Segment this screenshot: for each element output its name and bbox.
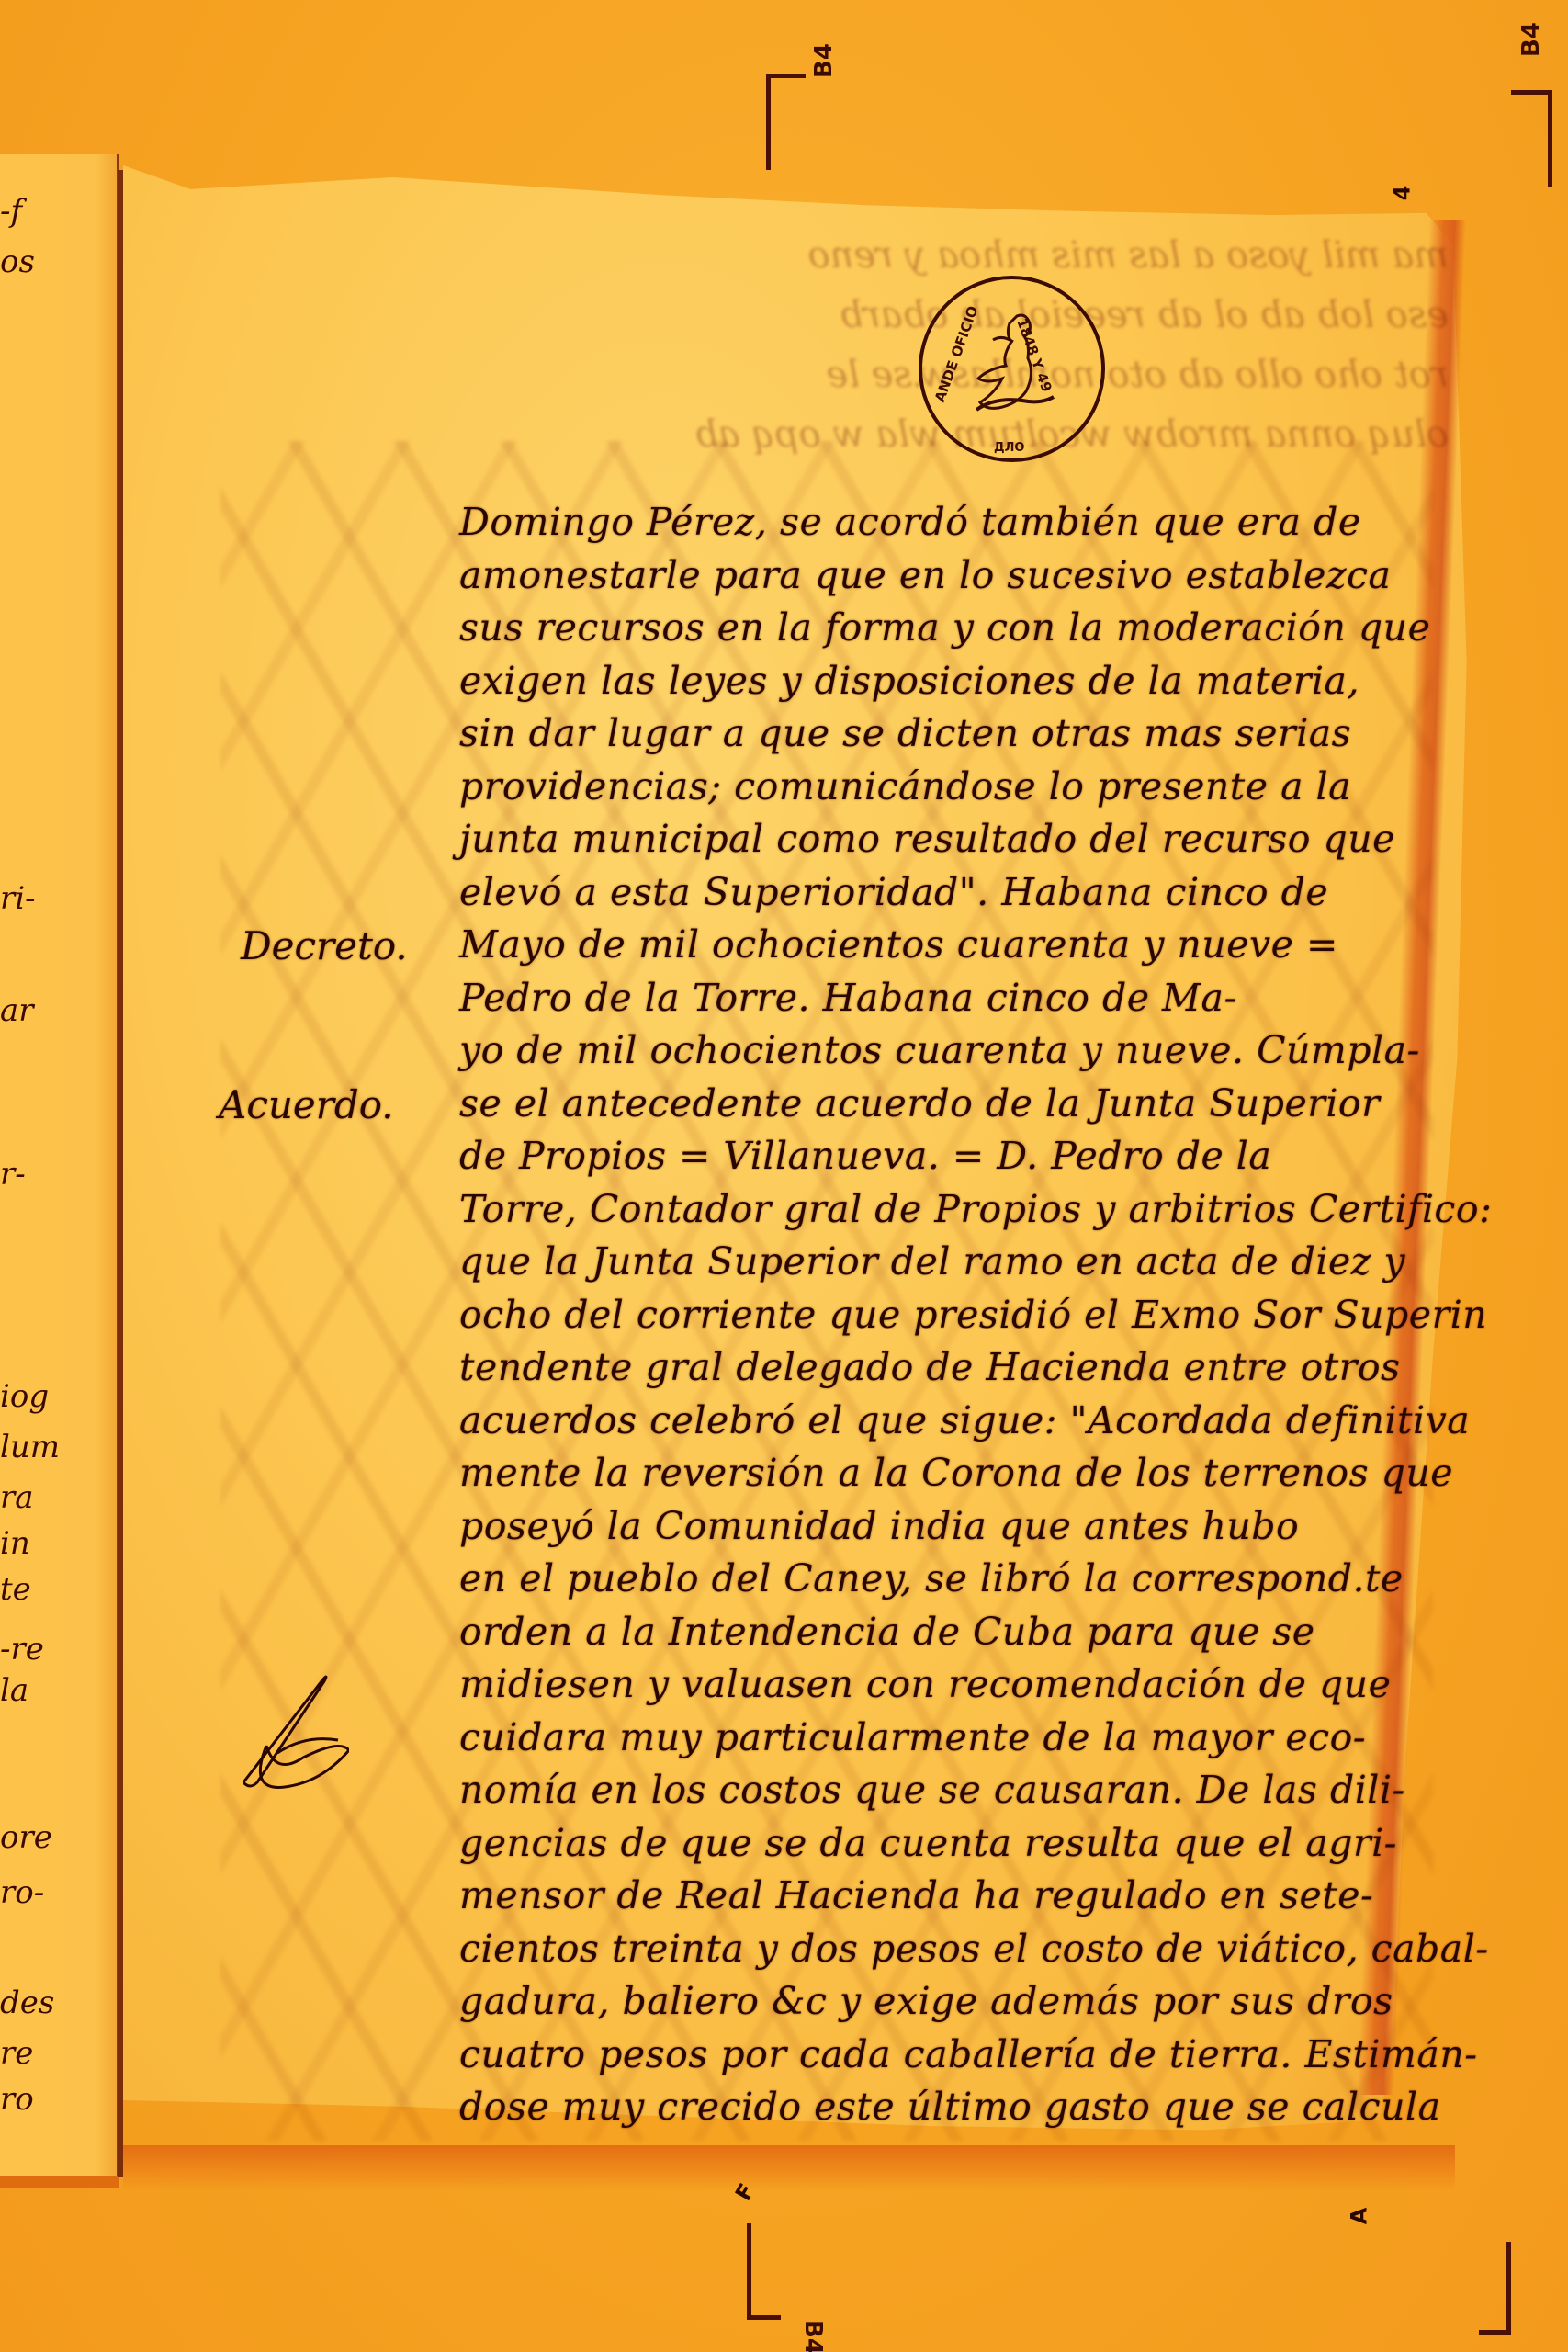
text-line: cuatro pesos por cada caballería de tier… (459, 2029, 1451, 2082)
left-fragment: -re (0, 1631, 44, 1668)
text-line: nomía en los costos que se causaran. De … (459, 1764, 1451, 1817)
text-line: elevó a esta Superioridad". Habana cinco… (459, 866, 1451, 920)
left-fragment: os (0, 243, 35, 280)
left-fragment: ar (0, 992, 34, 1029)
left-fragment: in (0, 1525, 30, 1562)
ghost-line: ma mil yoso a las mis mhoa y reno (193, 234, 1449, 277)
official-seal-stamp: ANDE OFICIO 1848 Y 49 ДЛО (919, 276, 1105, 462)
text-line: cuidara muy particularmente de la mayor … (459, 1712, 1451, 1765)
registration-mark-top-right (1511, 90, 1552, 187)
registration-label-top-left: B4 (810, 43, 838, 78)
left-fragment: des (0, 1984, 54, 2021)
text-line: yo de mil ochocientos cuarenta y nueve. … (459, 1024, 1451, 1078)
text-line: Pedro de la Torre. Habana cinco de Ma- (459, 972, 1451, 1025)
left-fragment: lum (0, 1429, 60, 1465)
page-gutter (118, 170, 123, 2177)
text-line: de Propios = Villanueva. = D. Pedro de l… (459, 1130, 1451, 1183)
signature-rubric-icon (211, 1645, 349, 1801)
margin-note-acuerdo: Acuerdo. (219, 1082, 394, 1127)
ghost-line: rot oho ollo ab oto nomllasw.se le (193, 354, 1449, 396)
text-line: dose muy crecido este último gasto que s… (459, 2081, 1451, 2134)
text-line: tendente gral delegado de Hacienda entre… (459, 1341, 1451, 1395)
text-line: mensor de Real Hacienda ha regulado en s… (459, 1870, 1451, 1923)
seal-text-bottom: ДЛО (994, 441, 1024, 455)
margin-note-decreto: Decreto. (241, 923, 408, 968)
text-line: midiesen y valuasen con recomendación de… (459, 1658, 1451, 1712)
text-line: cientos treinta y dos pesos el costo de … (459, 1923, 1451, 1976)
text-line: mente la reversión a la Corona de los te… (459, 1447, 1451, 1500)
left-fragment: r- (0, 1156, 26, 1193)
text-line: poseyó la Comunidad india que antes hubo (459, 1500, 1451, 1554)
text-line: que la Junta Superior del ramo en acta d… (459, 1236, 1451, 1289)
text-line: sus recursos en la forma y con la modera… (459, 602, 1451, 655)
text-line: sin dar lugar a que se dicten otras mas … (459, 707, 1451, 761)
ghost-line: eso lob ab ol ab reeeiol ab obarb (193, 294, 1449, 336)
text-line: orden a la Intendencia de Cuba para que … (459, 1606, 1451, 1659)
left-fragment: te (0, 1571, 31, 1608)
left-fragment: re (0, 2035, 33, 2072)
text-line: Domingo Pérez, se acordó también que era… (459, 496, 1451, 549)
manuscript-body: Domingo Pérez, se acordó también que era… (459, 496, 1451, 2134)
folio-mark-bottom: A (1346, 2208, 1371, 2225)
ghost-line: oluq onna mrobw wcoltum wla w opq ab (193, 413, 1449, 456)
text-line: junta municipal como resultado del recur… (459, 813, 1451, 866)
text-line: en el pueblo del Caney, se libró la corr… (459, 1553, 1451, 1606)
registration-label-bottom-left: B4 (799, 2320, 827, 2352)
left-fragment: -f (0, 193, 22, 230)
left-fragment: ri- (0, 880, 36, 917)
text-line: providencias; comunicándose lo presente … (459, 761, 1451, 814)
text-line: exigen las leyes y disposiciones de la m… (459, 655, 1451, 708)
text-line: acuerdos celebró el que sigue: "Acordada… (459, 1395, 1451, 1448)
page-bottom-edge (123, 2145, 1455, 2191)
registration-mark-top-left (766, 73, 806, 170)
text-line: se el antecedente acuerdo de la Junta Su… (459, 1078, 1451, 1131)
text-line: gadura, baliero &c y exige además por su… (459, 1975, 1451, 2029)
text-line: gencias de que se da cuenta resulta que … (459, 1817, 1451, 1871)
text-line: Mayo de mil ochocientos cuarenta y nueve… (459, 919, 1451, 972)
left-fragment: ra (0, 1479, 34, 1516)
text-line: Torre, Contador gral de Propios y arbitr… (459, 1183, 1451, 1237)
registration-mark-bottom-right (1479, 2242, 1511, 2335)
text-line: amonestarle para que en lo sucesivo esta… (459, 549, 1451, 603)
registration-mark-bottom-left (747, 2223, 781, 2320)
left-fragment: iog (0, 1378, 49, 1415)
left-fragment: la (0, 1672, 28, 1709)
left-fragment: ro (0, 2081, 34, 2118)
left-fragment: ro- (0, 1874, 44, 1911)
text-line: ocho del corriente que presidió el Exmo … (459, 1289, 1451, 1342)
left-fragment: ore (0, 1819, 52, 1856)
registration-label-top-right: B4 (1517, 22, 1545, 57)
folio-number-top: 4 (1389, 186, 1415, 201)
